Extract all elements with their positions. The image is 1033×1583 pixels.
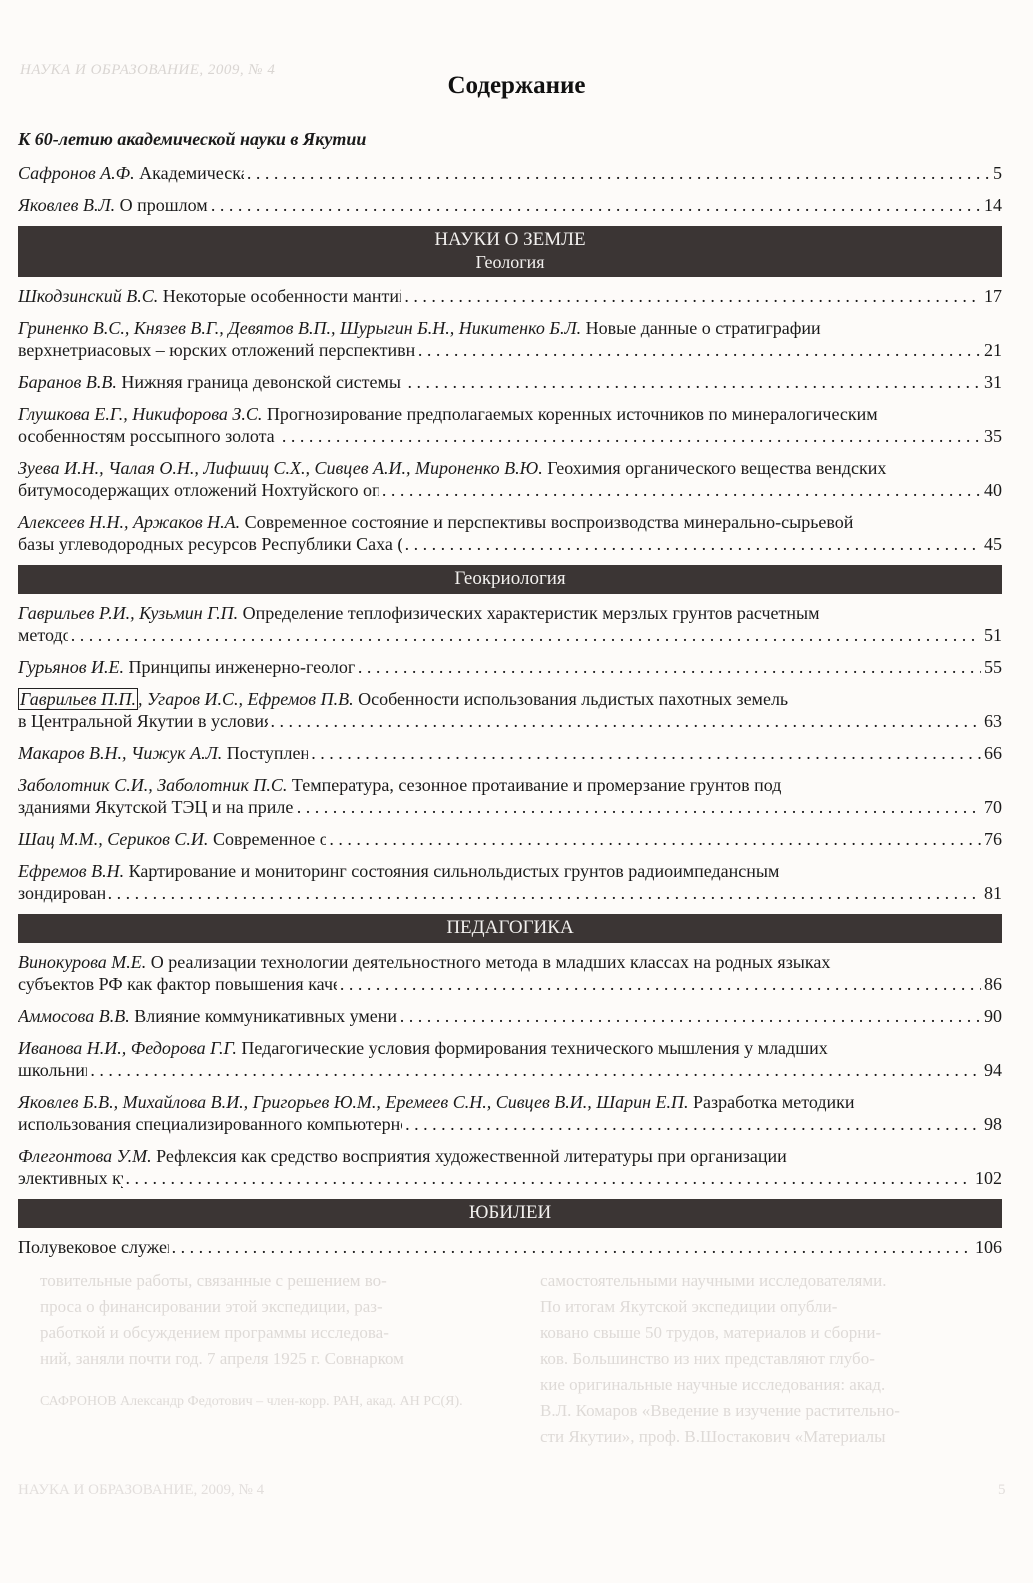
leader-dots (311, 742, 981, 764)
entry-title-line2: битумосодержащих отложений Нохтуйского о… (18, 479, 379, 501)
section-subheading: Геология (18, 251, 1002, 273)
entry-page: 94 (984, 1059, 1002, 1081)
entry-authors: Яковлев Б.В., Михайлова В.И., Григорьев … (18, 1092, 689, 1112)
leader-dots (90, 1059, 981, 1081)
toc-entry[interactable]: Винокурова М.Е. О реализации технологии … (18, 951, 1002, 995)
entry-page: 70 (984, 796, 1002, 818)
entry-authors: Баранов В.В. (18, 372, 117, 392)
entry-authors: Глушкова Е.Г., Никифорова З.С. (18, 404, 262, 424)
leader-dots (405, 533, 981, 555)
entry-page: 102 (975, 1167, 1002, 1189)
entry-title: Некоторые особенности мантийной конвекци… (163, 286, 402, 306)
entry-title-line1: Современное состояние и перспективы восп… (245, 512, 854, 532)
entry-authors: Винокурова М.Е. (18, 952, 146, 972)
toc-entry[interactable]: Алексеев Н.Н., Аржаков Н.А. Современное … (18, 511, 1002, 555)
entry-title-line1: Картирование и мониторинг состояния силь… (129, 861, 780, 881)
toc-entry[interactable]: Зуева И.Н., Чалая О.Н., Лифшиц С.Х., Сив… (18, 457, 1002, 501)
entry-authors: Гаврильев Р.И., Кузьмин Г.П. (18, 603, 238, 623)
entry-page: 90 (984, 1005, 1002, 1027)
toc-entry[interactable]: Гаврильев П.П., Угаров И.С., Ефремов П.В… (18, 688, 1002, 732)
entry-page: 63 (984, 710, 1002, 732)
section-band-pedagogy: ПЕДАГОГИКА (18, 914, 1002, 943)
leader-dots (282, 425, 981, 447)
entry-title-line2: в Центральной Якутии в условиях изменени… (18, 710, 268, 732)
leader-dots (407, 371, 981, 393)
leader-dots (358, 656, 981, 678)
section-band-earth-sciences: НАУКИ О ЗЕМЛЕ Геология (18, 226, 1002, 277)
entry-authors: Иванова Н.И., Федорова Г.Г. (18, 1038, 237, 1058)
leader-dots (400, 1005, 981, 1027)
entry-page: 55 (984, 656, 1002, 678)
toc-entry[interactable]: Иванова Н.И., Федорова Г.Г. Педагогическ… (18, 1037, 1002, 1081)
entry-page: 21 (984, 339, 1002, 361)
entry-authors: Алексеев Н.Н., Аржаков Н.А. (18, 512, 240, 532)
section-heading: ПЕДАГОГИКА (18, 917, 1002, 939)
section-band-jubilee: ЮБИЛЕИ (18, 1199, 1002, 1228)
toc-entry[interactable]: Шац М.М., Сериков С.И. Современное обвод… (18, 828, 1002, 850)
leader-dots (211, 194, 981, 216)
entry-page: 31 (984, 371, 1002, 393)
entry-authors: Гриненко В.С., Князев В.Г., Девятов В.П.… (18, 318, 581, 338)
entry-authors: Зуева И.Н., Чалая О.Н., Лифшиц С.Х., Сив… (18, 458, 543, 478)
entry-authors: Ефремов В.Н. (18, 861, 124, 881)
entry-page: 35 (984, 425, 1002, 447)
leader-dots (340, 973, 981, 995)
entry-title: Принципы инженерно-геологического райони… (129, 657, 355, 677)
leader-dots (247, 162, 990, 184)
entry-authors: Шац М.М., Сериков С.И. (18, 829, 208, 849)
entry-title-line2: использования специализированного компью… (18, 1113, 402, 1135)
leader-dots (271, 710, 982, 732)
entry-authors: Яковлев В.Л. (18, 195, 115, 215)
leader-dots (108, 882, 981, 904)
entry-authors: Заболотник С.И., Заболотник П.С. (18, 775, 287, 795)
toc-entry[interactable]: Гурьянов И.Е. Принципы инженерно-геологи… (18, 656, 1002, 678)
leader-dots (71, 624, 981, 646)
toc-entry[interactable]: Аммосова В.В. Влияние коммуникативных ум… (18, 1005, 1002, 1027)
entry-authors: Макаров В.Н., Чижук А.Л. (18, 743, 222, 763)
entry-author-boxed: Гаврильев П.П. (18, 688, 138, 710)
bleed-footer-page: 5 (998, 1482, 1006, 1499)
entry-page: 81 (984, 882, 1002, 904)
leader-dots (418, 339, 981, 361)
entry-authors: Шкодзинский В.С. (18, 286, 158, 306)
entry-page: 17 (984, 285, 1002, 307)
entry-title-line1: Новые данные о стратиграфии (586, 318, 821, 338)
toc-entry[interactable]: Шкодзинский В.С. Некоторые особенности м… (18, 285, 1002, 307)
entry-title: О прошлом и настоящем (120, 195, 208, 215)
entry-title: Полувековое служение науке (18, 1236, 169, 1258)
entry-page: 66 (984, 742, 1002, 764)
bleed-left-column: товительные работы, связанные с решением… (40, 1268, 480, 1372)
entry-title: Нижняя граница девонской системы и грани… (121, 372, 404, 392)
leader-dots (405, 1113, 981, 1135)
section-heading: Геокриология (18, 568, 1002, 590)
entry-page: 51 (984, 624, 1002, 646)
entry-page: 14 (984, 194, 1002, 216)
section-heading-anniversary: К 60-летию академической науки в Якутии (18, 128, 1002, 150)
toc-entry[interactable]: Глушкова Е.Г., Никифорова З.С. Прогнозир… (18, 403, 1002, 447)
leader-dots (172, 1236, 972, 1258)
entry-title-line1: Особенности использования льдистых пахот… (358, 689, 788, 709)
leader-dots (297, 796, 981, 818)
entry-title-line2: базы углеводородных ресурсов Республики … (18, 533, 402, 555)
entry-title-line1: Определение теплофизических характеристи… (243, 603, 820, 623)
entry-title-line1: О реализации технологии деятельностного … (151, 952, 831, 972)
section-heading: ЮБИЛЕИ (18, 1202, 1002, 1224)
entry-page: 106 (975, 1236, 1002, 1258)
leader-dots (126, 1167, 973, 1189)
toc-entry[interactable]: Гриненко В.С., Князев В.Г., Девятов В.П.… (18, 317, 1002, 361)
bleed-footnote: САФРОНОВ Александр Федотович – член-корр… (40, 1392, 480, 1412)
toc-entry[interactable]: Яковлев Б.В., Михайлова В.И., Григорьев … (18, 1091, 1002, 1135)
entry-page: 45 (984, 533, 1002, 555)
entry-title: Поступление фосфатов в озера Якутска (227, 743, 309, 763)
leader-dots (404, 285, 981, 307)
toc-entry[interactable]: Сафронов А.Ф. Академическая наука в Якут… (18, 162, 1002, 184)
entry-title-line1: Разработка методики (693, 1092, 855, 1112)
entry-title: Современное обводнение территории г.Якут… (213, 829, 326, 849)
entry-authors: Аммосова В.В. (18, 1006, 130, 1026)
entry-title-line2: зондированием (18, 882, 105, 904)
entry-title-line2: верхнетриасовых – юрских отложений персп… (18, 339, 415, 361)
entry-page: 98 (984, 1113, 1002, 1135)
section-band-geocryology: Геокриология (18, 565, 1002, 594)
entry-page: 5 (993, 162, 1002, 184)
toc-entry[interactable]: Ефремов В.Н. Картирование и мониторинг с… (18, 860, 1002, 904)
toc-entry[interactable]: Заболотник С.И., Заболотник П.С. Темпера… (18, 774, 1002, 818)
toc-entry[interactable]: Гаврильев Р.И., Кузьмин Г.П. Определение… (18, 602, 1002, 646)
page-title: Содержание (0, 72, 1033, 100)
entry-title-line2: субъектов РФ как фактор повышения качест… (18, 973, 337, 995)
entry-title-line2: элективных курсов (18, 1167, 123, 1189)
toc-entry[interactable]: Макаров В.Н., Чижук А.Л. Поступление фос… (18, 742, 1002, 764)
entry-authors: , Угаров И.С., Ефремов П.В. (138, 689, 354, 709)
entry-title-line1: Рефлексия как средство восприятия художе… (156, 1146, 787, 1166)
leader-dots (329, 828, 981, 850)
bleed-footer-journal: НАУКА И ОБРАЗОВАНИЕ, 2009, № 4 (18, 1482, 264, 1499)
entry-title-line1: Геохимия органического вещества вендских (547, 458, 886, 478)
entry-page: 76 (984, 828, 1002, 850)
entry-title-line2: особенностям россыпного золота бассейна … (18, 425, 279, 447)
entry-title-line2: школьников (18, 1059, 87, 1081)
entry-title-line1: Прогнозирование предполагаемых коренных … (267, 404, 878, 424)
entry-authors: Гурьянов И.Е. (18, 657, 124, 677)
table-of-contents: К 60-летию академической науки в Якутии … (18, 128, 1002, 1268)
leader-dots (382, 479, 981, 501)
entry-page: 86 (984, 973, 1002, 995)
entry-title-line2: зданиями Якутской ТЭЦ и на прилегающей к… (18, 796, 294, 818)
section-heading: НАУКИ О ЗЕМЛЕ (18, 229, 1002, 251)
entry-title: Влияние коммуникативных умений детей дош… (134, 1006, 397, 1026)
bleed-right-column: самостоятельными научными исследователям… (540, 1268, 1010, 1450)
toc-entry[interactable]: Яковлев В.Л. О прошлом и настоящем14 (18, 194, 1002, 216)
toc-entry[interactable]: Баранов В.В. Нижняя граница девонской си… (18, 371, 1002, 393)
entry-page: 40 (984, 479, 1002, 501)
entry-authors: Флегонтова У.М. (18, 1146, 152, 1166)
entry-title-line2: методом (18, 624, 68, 646)
entry-title-line1: Педагогические условия формирования техн… (241, 1038, 827, 1058)
toc-entry[interactable]: Флегонтова У.М. Рефлексия как средство в… (18, 1145, 1002, 1189)
entry-title-line1: Температура, сезонное протаивание и пром… (292, 775, 782, 795)
entry-title: Академическая наука в Якутии (139, 163, 244, 183)
toc-entry[interactable]: Полувековое служение науке106 (18, 1236, 1002, 1258)
entry-authors: Сафронов А.Ф. (18, 163, 135, 183)
